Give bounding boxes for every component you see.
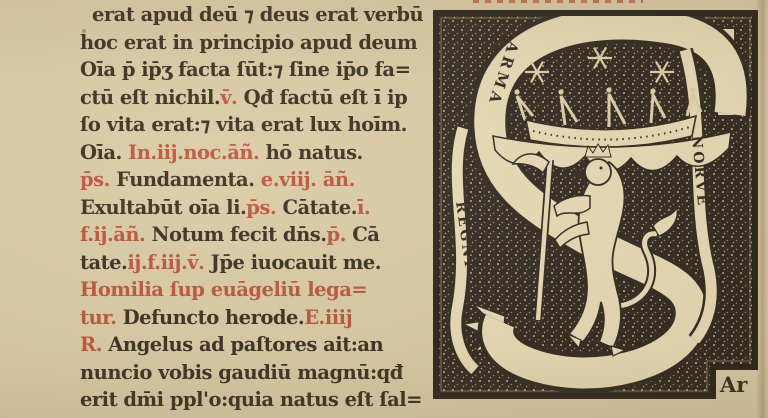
text-line: Homilia ſup euāgeliū lega= — [80, 276, 434, 304]
text-segment: Oīa p̄ ip̄ʒ facta ſūt:⁊ ſine ip̄o fa= — [80, 58, 410, 81]
text-segment: R. — [80, 333, 108, 356]
text-segment: Defuncto herode. — [123, 306, 304, 329]
text-line: erat apud deū ⁊ deus erat verbū — [80, 1, 434, 29]
text-line: tate.ij.f.iij.v̄. Jp̄e iuocauit me. — [80, 249, 434, 277]
text-segment: nuncio vobis gaudiū magnū:qđ — [80, 361, 403, 384]
text-segment: Angelus ad paſtores ait:an — [108, 333, 383, 356]
text-segment: Cā — [352, 223, 379, 246]
text-line: ſo vita erat:⁊ vita erat lux hoīm. — [80, 111, 434, 139]
text-line: tur. Defuncto herode.E.iiij — [80, 304, 434, 332]
text-segment: Notum fecit dn̄s. — [152, 223, 327, 246]
text-segment: tur. — [80, 306, 123, 329]
text-segment: E.iiij — [304, 306, 352, 329]
text-segment: hō natus. — [266, 141, 363, 164]
text-line: p̄s. Fundamenta. e.viij. āñ. — [80, 166, 434, 194]
ink-speck — [82, 29, 86, 33]
text-segment: Fundamenta. — [116, 168, 261, 191]
text-segment: Exultabūt oīa li. — [80, 196, 246, 219]
text-segment: Oīa. — [80, 141, 128, 164]
text-segment: e.viij. āñ. — [261, 168, 355, 191]
text-segment: ſo vita erat:⁊ vita erat lux hoīm. — [80, 113, 407, 136]
text-segment: p̄s. — [246, 196, 282, 219]
text-line: nuncio vobis gaudiū magnū:qđ — [80, 359, 434, 387]
text-line: erit dm̄i ppl'o:quia natus eſt ſal= — [80, 386, 434, 414]
text-segment: p̄s. — [80, 168, 116, 191]
signature-mark: Ar — [719, 372, 748, 397]
text-segment: Jp̄e iuocauit me. — [211, 251, 381, 274]
text-segment: hoc erat in principio apud deum — [80, 31, 417, 54]
lion-head — [585, 159, 611, 185]
text-segment: Homilia ſup euāgeliū lega= — [80, 278, 367, 301]
text-segment: erat apud deū ⁊ deus erat verbū — [92, 3, 423, 26]
text-segment: Qđ factū eſt ī ip — [237, 86, 407, 109]
text-segment: tate. — [80, 251, 127, 274]
text-column: erat apud deū ⁊ deus erat verbūhoc erat … — [80, 1, 434, 414]
text-segment: v̄. — [220, 86, 237, 109]
text-line: ctū eſt nichil.v̄. Qđ factū eſt ī ip — [80, 84, 434, 112]
lion-eye — [600, 167, 603, 170]
text-segment: ij.f.iij.v̄. — [127, 251, 210, 274]
text-line: Oīa. In.iij.noc.āñ. hō natus. — [80, 139, 434, 167]
text-segment: ī. — [357, 196, 370, 219]
text-line: hoc erat in principio apud deum — [80, 29, 434, 57]
text-segment: erit dm̄i ppl'o:quia natus eſt ſal= — [80, 388, 422, 411]
text-segment: ctū eſt nichil. — [80, 86, 220, 109]
cropped-red-print-artifact — [473, 0, 643, 3]
text-line: f.ij.āñ. Notum fecit dn̄s.p̄. Cā — [80, 221, 434, 249]
scanned-page: erat apud deū ⁊ deus erat verbūhoc erat … — [0, 0, 768, 418]
text-line: Exultabūt oīa li.p̄s. Cātate.ī. — [80, 194, 434, 222]
text-segment: In.iij.noc.āñ. — [128, 141, 265, 164]
text-segment: f.ij.āñ. — [80, 223, 152, 246]
text-segment: p̄. — [327, 223, 353, 246]
text-segment: Cātate. — [282, 196, 357, 219]
text-line: R. Angelus ad paſtores ait:an — [80, 331, 434, 359]
woodcut-initial-panel: S — [433, 10, 758, 399]
text-line: Oīa p̄ ip̄ʒ facta ſūt:⁊ ſine ip̄o fa= — [80, 56, 434, 84]
